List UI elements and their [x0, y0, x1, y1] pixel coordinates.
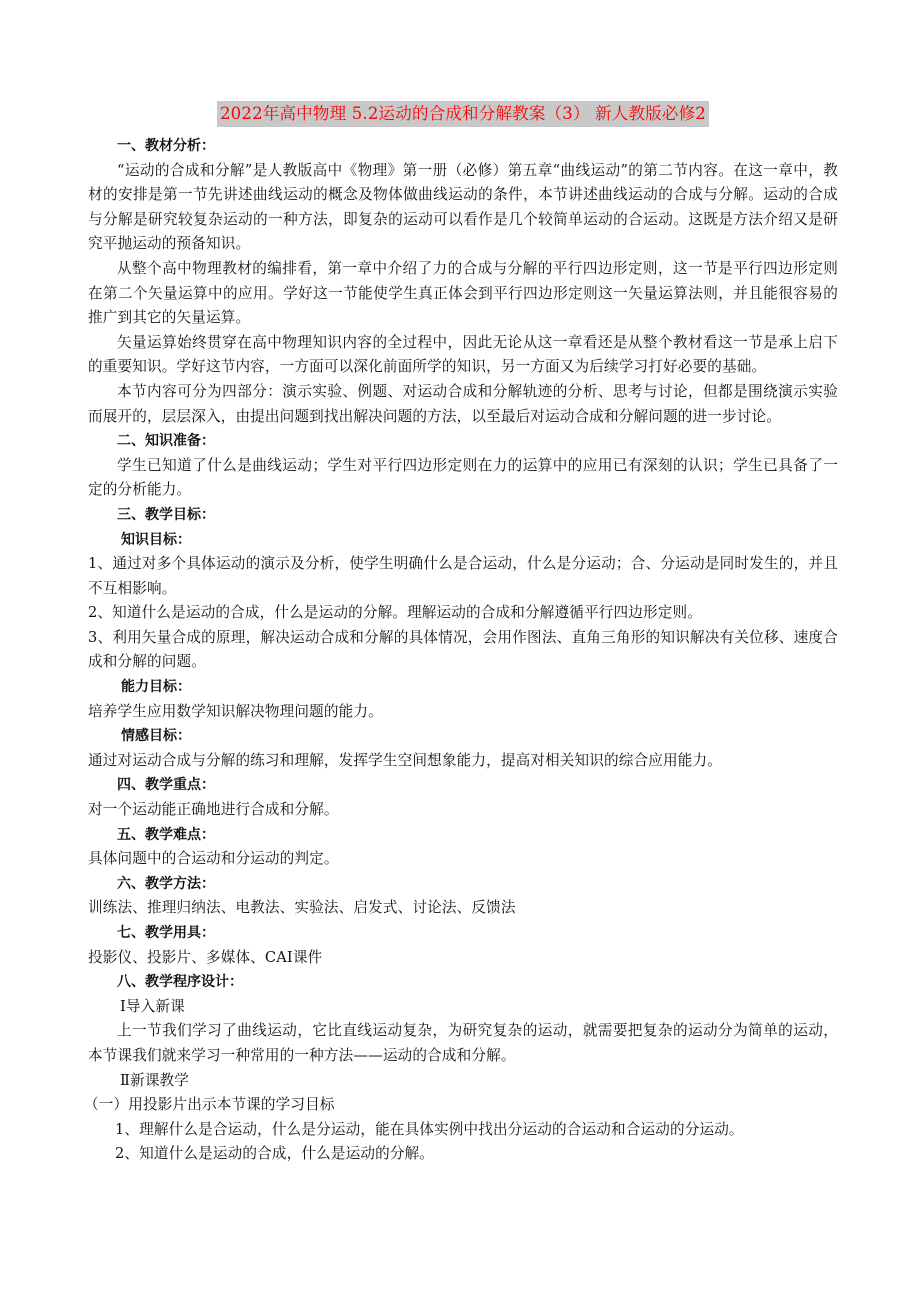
list-item: 2、知道什么是运动的合成，什么是运动的分解。	[88, 1142, 838, 1167]
section-heading-8: 八、教学程序设计：	[88, 970, 838, 995]
section-heading-7: 七、教学用具：	[88, 921, 838, 946]
paragraph: “运动的合成和分解”是人教版高中《物理》第一册（必修）第五章“曲线运动”的第二节…	[88, 159, 838, 257]
part-label-new-lesson: Ⅱ新课教学	[88, 1069, 838, 1094]
section-heading-4: 四、教学重点：	[88, 773, 838, 798]
paragraph: 训练法、推理归纳法、电教法、实验法、启发式、讨论法、反馈法	[88, 896, 838, 921]
title-row: 2022年高中物理 5.2运动的合成和分解教案（3） 新人教版必修2	[88, 96, 838, 132]
section-heading-3: 三、教学目标：	[88, 503, 838, 528]
list-item: 2、知道什么是运动的合成，什么是运动的分解。理解运动的合成和分解遵循平行四边形定…	[88, 601, 838, 626]
paragraph: 通过对运动合成与分解的练习和理解，发挥学生空间想象能力，提高对相关知识的综合应用…	[88, 749, 838, 774]
document-page: 2022年高中物理 5.2运动的合成和分解教案（3） 新人教版必修2 一、教材分…	[88, 96, 838, 1167]
part-label-intro: Ⅰ导入新课	[88, 995, 838, 1020]
paragraph: 对一个运动能正确地进行合成和分解。	[88, 798, 838, 823]
list-item: 1、理解什么是合运动，什么是分运动，能在具体实例中找出分运动的合运动和合运动的分…	[88, 1118, 838, 1143]
paragraph: 上一节我们学习了曲线运动，它比直线运动复杂，为研究复杂的运动，就需要把复杂的运动…	[88, 1019, 838, 1068]
section-heading-5: 五、教学难点：	[88, 823, 838, 848]
paragraph: 培养学生应用数学知识解决物理问题的能力。	[88, 700, 838, 725]
paragraph: 本节内容可分为四部分：演示实验、例题、对运动合成和分解轨迹的分析、思考与讨论，但…	[88, 380, 838, 429]
subheading-emotion-goals: 情感目标：	[88, 724, 838, 749]
paragraph: 从整个高中物理教材的编排看，第一章中介绍了力的合成与分解的平行四边形定则，这一节…	[88, 257, 838, 331]
paragraph: 具体问题中的合运动和分运动的判定。	[88, 847, 838, 872]
paragraph: 投影仪、投影片、多媒体、CAI课件	[88, 946, 838, 971]
list-item: 1、通过对多个具体运动的演示及分析，使学生明确什么是合运动，什么是分运动；合、分…	[88, 552, 838, 601]
section-heading-1: 一、教材分析：	[88, 134, 838, 159]
paragraph: 学生已知道了什么是曲线运动；学生对平行四边形定则在力的运算中的应用已有深刻的认识…	[88, 454, 838, 503]
list-item: 3、利用矢量合成的原理，解决运动合成和分解的具体情况，会用作图法、直角三角形的知…	[88, 626, 838, 675]
section-heading-6: 六、教学方法：	[88, 872, 838, 897]
document-title: 2022年高中物理 5.2运动的合成和分解教案（3） 新人教版必修2	[217, 101, 709, 127]
sub-label-goals: （一）用投影片出示本节课的学习目标	[84, 1093, 838, 1118]
section-heading-2: 二、知识准备：	[88, 429, 838, 454]
subheading-knowledge-goals: 知识目标：	[88, 528, 838, 553]
paragraph: 矢量运算始终贯穿在高中物理知识内容的全过程中，因此无论从这一章看还是从整个教材看…	[88, 331, 838, 380]
subheading-ability-goals: 能力目标：	[88, 675, 838, 700]
